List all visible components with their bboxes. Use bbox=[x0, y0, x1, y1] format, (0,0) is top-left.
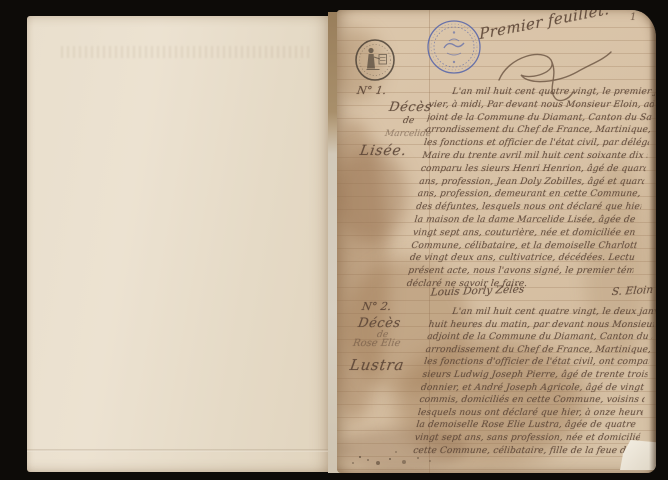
handwritten-line: lesquels nous ont déclaré que hier, à on… bbox=[417, 407, 644, 420]
handwritten-line: des défuntes, lesquels nous ont déclaré … bbox=[415, 201, 642, 214]
handwritten-line: ans, profession, Jean Doly Zobilles, âgé… bbox=[418, 176, 645, 189]
left-blank-page bbox=[27, 16, 330, 472]
entry2-margin-name-top: Rose Elie bbox=[352, 338, 401, 349]
handwritten-line: L'an mil huit cent quatre vingt, le prem… bbox=[429, 86, 656, 99]
handwritten-line: vingt sept ans, sans profession, née et … bbox=[414, 432, 641, 445]
handwritten-line: les fonctions d'officier de l'état civil… bbox=[423, 356, 650, 369]
entry1-margin-label: Décès bbox=[388, 100, 433, 115]
handwritten-line: arrondissement du Chef de France, Martin… bbox=[425, 344, 652, 357]
handwritten-line: joint de la Commune du Diamant, Canton d… bbox=[426, 112, 653, 125]
entry2-margin-name: Lustra bbox=[349, 356, 406, 374]
handwritten-line: arrondissement du Chef de France, Martin… bbox=[425, 124, 652, 137]
handwritten-line: cette Commune, célibataire, fille de la … bbox=[412, 445, 639, 458]
handwritten-line: présent acte, nous l'avons signé, le pre… bbox=[407, 265, 634, 278]
entry1-margin-number: N° 1. bbox=[356, 84, 387, 97]
handwritten-line: la demoiselle Rose Elie Lustra, âgée de … bbox=[416, 419, 643, 432]
entry1-body-text: L'an mil huit cent quatre vingt, le prem… bbox=[406, 86, 656, 291]
handwritten-line: de vingt deux ans, cultivatrice, décédée… bbox=[409, 252, 636, 265]
manuscript-page: Premier feuillet. 1 N° 1. Décès de Marce… bbox=[337, 10, 656, 473]
entry1-margin-name: Lisée. bbox=[359, 143, 408, 159]
entry1-signature-row: Louis Dorly Zélès S. Eloin bbox=[430, 285, 654, 297]
handwritten-line: ans, profession, demeurant en cette Comm… bbox=[417, 188, 644, 201]
handwritten-line: Commune, célibataire, et la demoiselle C… bbox=[411, 240, 638, 253]
handwritten-line: huit heures du matin, par devant nous Mo… bbox=[428, 319, 655, 332]
entry2-margin-number: N° 2. bbox=[361, 300, 392, 313]
page-edge-shadow bbox=[649, 10, 656, 473]
entry1-signature-right: S. Eloin bbox=[611, 284, 654, 298]
handwritten-line: L'an mil huit cent quatre vingt, le deux… bbox=[429, 306, 656, 319]
official-blue-stamp-icon bbox=[423, 18, 485, 82]
handwritten-line: donnier, et André Joseph Agricole, âgé d… bbox=[420, 382, 647, 395]
corner-curl-highlight bbox=[608, 10, 656, 58]
entry2-margin-label: Décès bbox=[357, 316, 402, 331]
handwritten-line: vier, à midi, Par devant nous Monsieur E… bbox=[428, 99, 655, 112]
scanned-register-spread: Premier feuillet. 1 N° 1. Décès de Marce… bbox=[0, 0, 668, 480]
paper-fold-crease bbox=[27, 449, 330, 452]
foxing-speckles bbox=[359, 456, 361, 458]
handwritten-line: la maison de la dame Marcelide Lisée, âg… bbox=[414, 214, 641, 227]
handwritten-line: adjoint de la Commune du Diamant, Canton… bbox=[426, 331, 653, 344]
ink-ghosting-band bbox=[61, 46, 310, 58]
handwritten-line: les fonctions et officier de l'état civi… bbox=[423, 137, 650, 150]
handwritten-line: Maire du trente avril mil huit cent soix… bbox=[422, 150, 649, 163]
handwritten-line: commis, domiciliés en cette Commune, voi… bbox=[419, 394, 646, 407]
entry1-signature-left: Louis Dorly Zélès bbox=[430, 283, 525, 298]
entry1-margin-particle: de bbox=[402, 116, 415, 126]
fiscal-stamp-icon bbox=[354, 38, 396, 86]
entry2-body-text: L'an mil huit cent quatre vingt, le deux… bbox=[412, 306, 656, 457]
handwritten-line: vingt sept ans, couturière, née et domic… bbox=[412, 227, 639, 240]
handwritten-line: comparu les sieurs Henri Henrion, âgé de… bbox=[420, 163, 647, 176]
handwritten-line: sieurs Ludwig Joseph Pierre, âgé de tren… bbox=[422, 369, 649, 382]
